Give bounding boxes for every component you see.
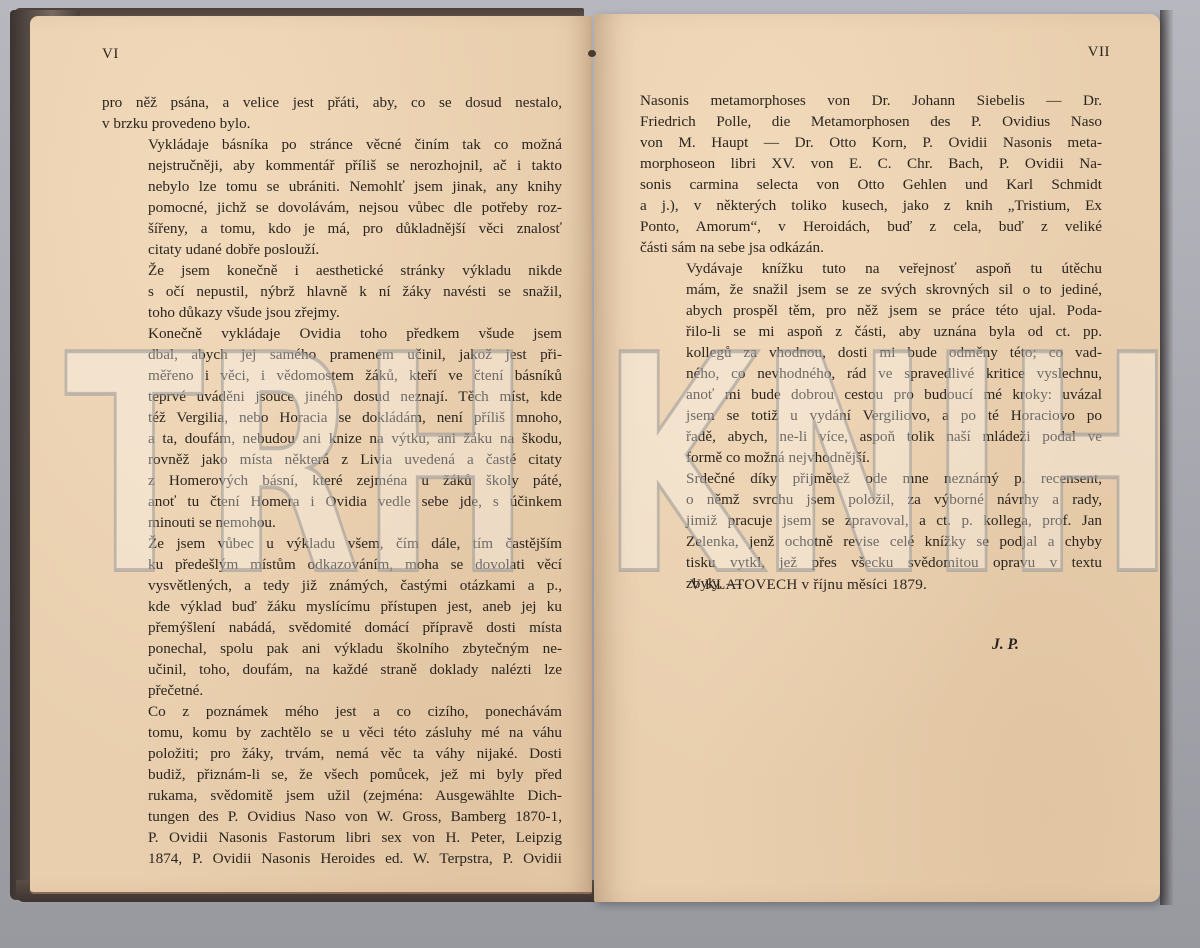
text-line: mám, že snažil jsem se ze svých skrovnýc… [640,279,1102,300]
text-line: minouti se nemohou. [102,512,562,533]
text-line: ponechal, spolu pak ani výkladu školního… [102,638,562,659]
text-line: rukama, svědomitě jsem užil (zejména: Au… [102,785,562,806]
paragraph: Že jsem vůbec u výkladu všem, čím dále, … [102,533,562,701]
text-line: Co z poznámek mého jest a co cizího, pon… [102,701,562,722]
page-edge-shadow [1160,10,1174,905]
right-page: VII Nasonis metamorphoses von Dr. Johann… [594,14,1160,902]
text-line: rovněž jako místa některá z Livia uveden… [102,449,562,470]
text-line: s očí nepustil, nýbrž hlavně k ní žáky n… [102,281,562,302]
text-line: učinil, toho, doufám, na každé straně do… [102,659,562,680]
text-line: o němž svrchu jsem položil, za výborné n… [640,489,1102,510]
scanned-book-spread: VI pro něž psána, a velice jest přáti, a… [0,0,1200,948]
text-line: Friedrich Polle, die Metamorphosen des P… [640,111,1102,132]
text-line: měřeno i věci, i vědomostem žáků, kteří … [102,365,562,386]
text-line: z Homerových básní, které zejména u žáků… [102,470,562,491]
text-line: nebylo lze tomu se ubrániti. Nemohlť jse… [102,176,562,197]
text-line: formě co možná nejvhodnější. [640,447,1102,468]
text-line: 1874, P. Ovidii Nasonis Heroides ed. W. … [102,848,562,869]
text-line: Vydávaje knížku tuto na veřejnosť aspoň … [640,258,1102,279]
text-line: položiti; pro žáky, trvám, nemá věc ta v… [102,743,562,764]
text-line: anoť tu čtení Homera i Ovidia vedle sebe… [102,491,562,512]
text-line: Srdečné díky přijmětež ode mne neznámý p… [640,468,1102,489]
text-line: v brzku provedeno bylo. [102,113,562,134]
text-line: teprvé uváděni jsouce jiného dosud nezna… [102,386,562,407]
paragraph: Vydávaje knížku tuto na veřejnosť aspoň … [640,258,1102,468]
text-line: jimiž pracuje jsem se zpravoval, a ct. p… [640,510,1102,531]
text-line: přemýšlení nabádá, svědomité domácí příp… [102,617,562,638]
text-line: části sám na sebe jsa odkázán. [640,237,1102,258]
paragraph: pro něž psána, a velice jest přáti, aby,… [102,92,562,134]
text-line: pomocné, jichž se dovolávám, nejsou vůbe… [102,197,562,218]
text-line: nejstručněji, aby kommentář příliš se ne… [102,155,562,176]
text-line: řadě, abych, ne-li více, aspoň tolik naš… [640,426,1102,447]
paragraph: Že jsem konečně i aesthetické stránky vý… [102,260,562,323]
text-line: Zelenka, jenž ochotně revise celé knížky… [640,531,1102,552]
place-and-date: V KLATOVECH v říjnu měsíci 1879. [690,576,927,594]
text-line: tisku vytkl, jež přes všecku svědomitou … [640,552,1102,573]
text-line: a j.), v některých toliko kusech, jako z… [640,195,1102,216]
text-line: jsem se totiž u vydání Vergiliovo, a po … [640,405,1102,426]
text-line: Ponto, Amorum“, v Heroidách, buď z cela,… [640,216,1102,237]
text-line: anoť mi bude dobrou cestou pro budoucí m… [640,384,1102,405]
text-line: von M. Haupt — Dr. Otto Korn, P. Ovidii … [640,132,1102,153]
text-line: Nasonis metamorphoses von Dr. Johann Sie… [640,90,1102,111]
text-line: Že jsem konečně i aesthetické stránky vý… [102,260,562,281]
text-line: citaty udané dobře poslouží. [102,239,562,260]
text-line: abych prospěl těm, pro něž jsem se práce… [640,300,1102,321]
text-line: P. Ovidii Nasonis Fastorum libri sex von… [102,827,562,848]
left-page-text: pro něž psána, a velice jest přáti, aby,… [102,92,562,869]
page-number-right: VII [1088,44,1110,61]
paragraph: Konečně vykládaje Ovidia toho předkem vš… [102,323,562,533]
text-line: vysvětlených, a tedy již známých, častým… [102,575,562,596]
text-line: toho důkazy všude jsou zřejmy. [102,302,562,323]
text-line: budiž, přiznám-li se, že všech pomůcek, … [102,764,562,785]
text-line: ku předešlým místům odkazováním, moha se… [102,554,562,575]
text-line: Že jsem vůbec u výkladu všem, čím dále, … [102,533,562,554]
text-line: tomu, komu by zachtělo se u věci této zá… [102,722,562,743]
text-line: sonis carmina selecta von Otto Gehlen un… [640,174,1102,195]
text-line: kollegů za vhodnou, dosti mi bude odměny… [640,342,1102,363]
text-line: tungen des P. Ovidius Naso von W. Gross,… [102,806,562,827]
text-line: Konečně vykládaje Ovidia toho předkem vš… [102,323,562,344]
author-initials: J. P. [992,636,1019,654]
paragraph: Co z poznámek mého jest a co cizího, pon… [102,701,562,869]
paragraph: Nasonis metamorphoses von Dr. Johann Sie… [640,90,1102,258]
text-line: přečetné. [102,680,562,701]
text-line: ného, co nevhodného, rád ve spravedlivé … [640,363,1102,384]
page-number-left: VI [102,46,119,63]
text-line: kde výklad buď žáku myslícímu přístupen … [102,596,562,617]
left-page: VI pro něž psána, a velice jest přáti, a… [30,16,592,894]
text-line: řilo-li se mi aspoň z části, aby uznána … [640,321,1102,342]
text-line: morphoseon libri XV. von E. C. Chr. Bach… [640,153,1102,174]
text-line: a ta, doufám, nebudou ani knize na výtku… [102,428,562,449]
right-page-text: Nasonis metamorphoses von Dr. Johann Sie… [640,90,1102,594]
paragraph: Vykládaje básníka po stránce věcné činím… [102,134,562,260]
text-line: šířeny, a tomu, kdo je má, pro důkladněj… [102,218,562,239]
paper-blemish [588,50,596,57]
text-line: též Vergilia, nebo Horacia se dokládám, … [102,407,562,428]
text-line: Vykládaje básníka po stránce věcné činím… [102,134,562,155]
text-line: pro něž psána, a velice jest přáti, aby,… [102,92,562,113]
text-line: dbal, abych jej samého pramenem učinil, … [102,344,562,365]
